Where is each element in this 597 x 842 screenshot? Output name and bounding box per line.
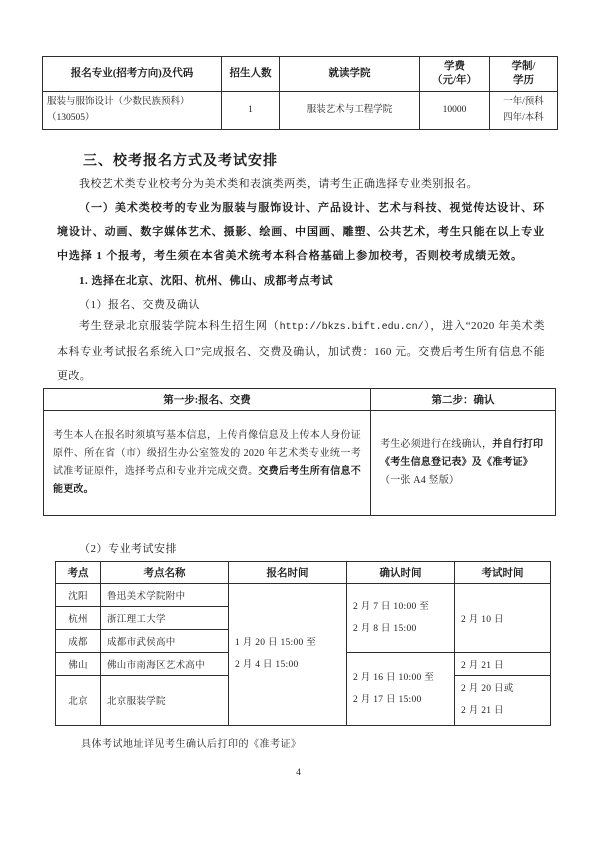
- choose-sites-heading: 1. 选择在北京、沈阳、杭州、佛山、成都考点考试: [79, 272, 333, 288]
- confirm-time-cell-group2: 2 月 16 日 10:00 至 2 月 17 日 15:00: [347, 653, 455, 726]
- exam-header-registration-time: 报名时间: [229, 562, 347, 584]
- exam-table-header-row: 考点 考点名称 报名时间 确认时间 考试时间: [56, 562, 551, 584]
- exam-address-footnote: 具体考试地址详见考生确认后打印的《准考证》: [81, 735, 302, 750]
- admission-cell-major: 服装与服饰设计（少数民族预科） （130505）: [43, 92, 222, 129]
- steps-table-header-row: 第一步:报名、交费 第二步：确认: [44, 389, 556, 411]
- admission-table-data-row: 服装与服饰设计（少数民族预科） （130505） 1 服装艺术与工程学院 100…: [43, 92, 558, 129]
- admission-cell-tuition: 10000: [420, 92, 490, 129]
- step1-header-cell: 第一步:报名、交费: [44, 389, 371, 411]
- admission-cell-quota: 1: [222, 92, 280, 129]
- admission-header-major: 报名专业(招考方向)及代码: [43, 57, 222, 92]
- admission-cell-program: 一年/预科 四年/本科: [490, 92, 558, 129]
- steps-table: 第一步:报名、交费 第二步：确认 考生本人在报名时须填写基本信息，上传肖像信息及…: [43, 388, 556, 516]
- admission-header-college: 就读学院: [280, 57, 420, 92]
- intro-paragraph: 我校艺术类专业校考分为美术类和表演类两类，请考生正确选择专业类别报名。: [57, 172, 545, 196]
- exam-time-cell-foshan: 2 月 21 日: [455, 653, 551, 676]
- exam-venue-foshan: 佛山市南海区艺术高中: [101, 653, 229, 676]
- step2-body-cell: 考生必须进行在线确认，并自行打印《考生信息登记表》及《准考证》（一张 A4 竖版…: [371, 411, 556, 516]
- exam-venue-hangzhou: 浙江理工大学: [101, 607, 229, 630]
- exam-city-chengdu: 成都: [56, 630, 101, 653]
- document-page: 报名专业(招考方向)及代码 招生人数 就读学院 学费 （元/年） 学制/ 学历 …: [0, 0, 597, 842]
- admission-table: 报名专业(招考方向)及代码 招生人数 就读学院 学费 （元/年） 学制/ 学历 …: [42, 56, 558, 130]
- exam-header-site-name: 考点名称: [101, 562, 229, 584]
- section-heading: 三、校考报名方式及考试安排: [83, 150, 278, 170]
- exam-venue-chengdu: 成都市武侯高中: [101, 630, 229, 653]
- step1-body-cell: 考生本人在报名时须填写基本信息，上传肖像信息及上传本人身份证原件、所在省（市）级…: [44, 411, 371, 516]
- admission-cell-college: 服装艺术与工程学院: [280, 92, 420, 129]
- registration-url: http://bkzs.bift.edu.cn/: [280, 322, 424, 333]
- admission-header-program: 学制/ 学历: [490, 57, 558, 92]
- registration-paragraph: 考生登录北京服装学院本科生招生网（http://bkzs.bift.edu.cn…: [57, 314, 545, 388]
- exam-city-shenyang: 沈阳: [56, 584, 101, 607]
- confirm-time-cell-group1: 2 月 7 日 10:00 至 2 月 8 日 15:00: [347, 584, 455, 653]
- exam-time-cell-group1: 2 月 10 日: [455, 584, 551, 653]
- exam-header-exam-time: 考试时间: [455, 562, 551, 584]
- exam-header-site: 考点: [56, 562, 101, 584]
- step2-body-text-1: 考生必须进行在线确认，: [380, 439, 492, 450]
- registration-time-cell: 1 月 20 日 15:00 至 2 月 4 日 15:00: [229, 584, 347, 726]
- exam-header-confirm-time: 确认时间: [347, 562, 455, 584]
- step2-body-text-2: （一张 A4 竖版）: [380, 475, 459, 486]
- steps-table-body-row: 考生本人在报名时须填写基本信息，上传肖像信息及上传本人身份证原件、所在省（市）级…: [44, 411, 556, 516]
- exam-arrangement-heading: （2）专业考试安排: [79, 540, 177, 556]
- exam-city-foshan: 佛山: [56, 653, 101, 676]
- exam-city-hangzhou: 杭州: [56, 607, 101, 630]
- exam-schedule-table: 考点 考点名称 报名时间 确认时间 考试时间 沈阳 鲁迅美术学院附中 1 月 2…: [55, 561, 551, 726]
- page-number: 4: [0, 768, 597, 778]
- majors-paragraph: （一）美术类校考的专业为服装与服饰设计、产品设计、艺术与科技、视觉传达设计、环境…: [57, 196, 545, 268]
- exam-row-shenyang: 沈阳 鲁迅美术学院附中 1 月 20 日 15:00 至 2 月 4 日 15:…: [56, 584, 551, 607]
- registration-confirm-heading: （1）报名、交费及确认: [79, 296, 200, 312]
- admission-table-header-row: 报名专业(招考方向)及代码 招生人数 就读学院 学费 （元/年） 学制/ 学历: [43, 57, 558, 92]
- admission-header-quota: 招生人数: [222, 57, 280, 92]
- registration-paragraph-start: 考生登录北京服装学院本科生招生网（: [79, 320, 280, 332]
- admission-header-tuition: 学费 （元/年）: [420, 57, 490, 92]
- exam-city-beijing: 北京: [56, 676, 101, 726]
- exam-venue-beijing: 北京服装学院: [101, 676, 229, 726]
- exam-venue-shenyang: 鲁迅美术学院附中: [101, 584, 229, 607]
- step2-header-cell: 第二步：确认: [371, 389, 556, 411]
- exam-time-cell-beijing: 2 月 20 日或 2 月 21 日: [455, 676, 551, 726]
